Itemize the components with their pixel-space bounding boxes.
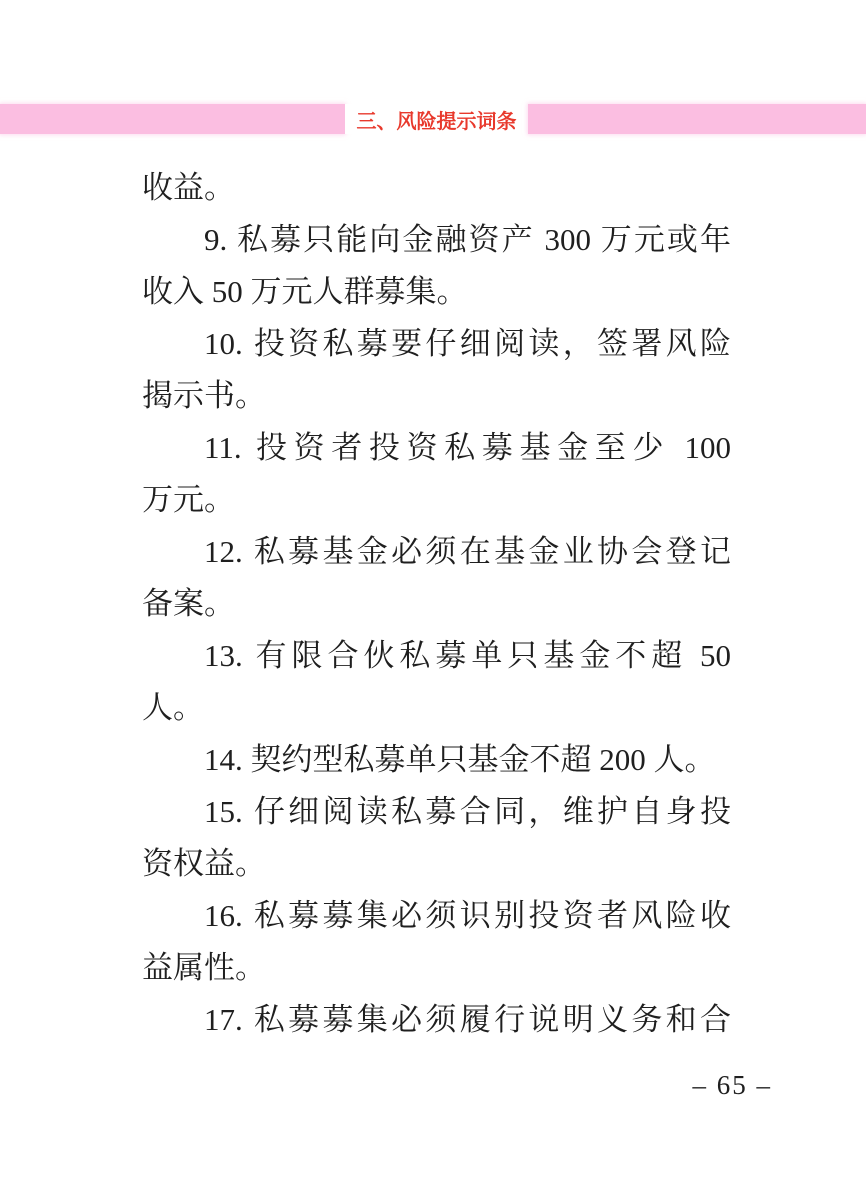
paragraph: 9. 私募只能向金融资产 300 万元或年收入 50 万元人群募集。: [142, 214, 731, 318]
paragraph: 13. 有限合伙私募单只基金不超 50人。: [142, 630, 731, 734]
text-line: 15. 仔细阅读私募合同，维护自身投: [142, 786, 731, 838]
paragraph: 14. 契约型私募单只基金不超 200 人。: [142, 734, 731, 786]
text-line: 11. 投资者投资私募基金至少 100: [142, 422, 731, 474]
text-line: 14. 契约型私募单只基金不超 200 人。: [142, 734, 731, 786]
paragraph: 11. 投资者投资私募基金至少 100万元。: [142, 422, 731, 526]
text-line: 备案。: [142, 578, 731, 630]
text-line: 13. 有限合伙私募单只基金不超 50: [142, 630, 731, 682]
text-line: 益属性。: [142, 942, 731, 994]
text-line: 揭示书。: [142, 370, 731, 422]
text-line: 收益。: [142, 162, 731, 214]
paragraph: 16. 私募募集必须识别投资者风险收益属性。: [142, 890, 731, 994]
paragraph: 12. 私募基金必须在基金业协会登记备案。: [142, 526, 731, 630]
header-band-right-segment: [528, 104, 866, 134]
header-band-left-segment: [0, 104, 345, 134]
text-line: 收入 50 万元人群募集。: [142, 266, 731, 318]
book-page: 三、风险提示词条 收益。9. 私募只能向金融资产 300 万元或年收入 50 万…: [0, 0, 866, 1189]
page-number: – 65 –: [693, 1068, 773, 1102]
paragraph: 15. 仔细阅读私募合同，维护自身投资权益。: [142, 786, 731, 890]
text-line: 人。: [142, 682, 731, 734]
text-line: 16. 私募募集必须识别投资者风险收: [142, 890, 731, 942]
chapter-title: 三、风险提示词条: [345, 104, 528, 134]
text-line: 万元。: [142, 474, 731, 526]
chapter-header-band: 三、风险提示词条: [0, 104, 866, 134]
text-line: 10. 投资私募要仔细阅读，签署风险: [142, 318, 731, 370]
paragraph: 17. 私募募集必须履行说明义务和合: [142, 994, 731, 1046]
paragraph: 收益。: [142, 162, 731, 214]
text-line: 17. 私募募集必须履行说明义务和合: [142, 994, 731, 1046]
paragraph: 10. 投资私募要仔细阅读，签署风险揭示书。: [142, 318, 731, 422]
text-line: 9. 私募只能向金融资产 300 万元或年: [142, 214, 731, 266]
text-line: 12. 私募基金必须在基金业协会登记: [142, 526, 731, 578]
body-text: 收益。9. 私募只能向金融资产 300 万元或年收入 50 万元人群募集。10.…: [142, 162, 731, 1046]
text-line: 资权益。: [142, 838, 731, 890]
